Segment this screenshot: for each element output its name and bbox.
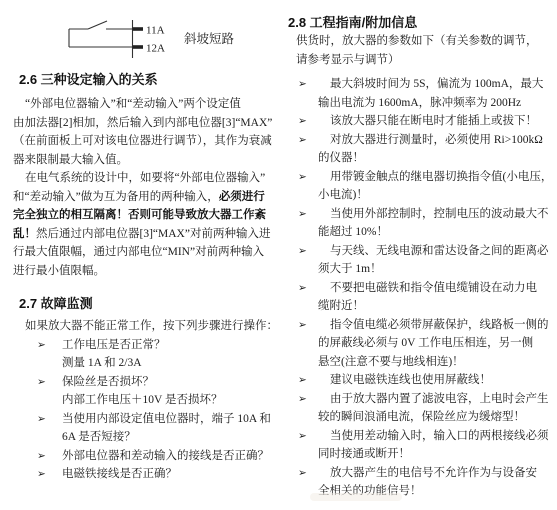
body-line: 同时接通或断开！ (318, 445, 554, 464)
body-line: 供货时，放大器的参数如下（有关参数的调节， (296, 32, 554, 51)
arrow-bullet-icon: ➢ (298, 112, 307, 131)
body-line: 指令值电缆必须带屏蔽保护，线路板一侧的 (318, 316, 554, 335)
list-item: ➢ 对放大器进行测量时，必须使用 Ri>100kΩ 的仪器！ (288, 131, 554, 168)
body-line: 须大于 1m！ (318, 260, 554, 279)
section-2-6-paragraph-1: “外部电位器输入”和“差动输入”两个设定值 由加法器[2]相加，然后输入到内部电… (13, 95, 275, 169)
body-line: 进行最小值限幅。 (13, 262, 275, 281)
arrow-bullet-icon: ➢ (298, 371, 307, 390)
arrow-bullet-icon: ➢ (298, 390, 307, 409)
body-line: 的屏蔽线必须与 0V 工作电压相连，另一侧 (318, 334, 554, 353)
list-item: ➢ 保险丝是否损坏？ 内部工作电压＋10V 是否损坏？ (13, 373, 275, 410)
engineering-notes-list: ➢ 最大斜坡时间为 5S，偏流为 100mA，最大 输出电流为 1600mA，脉… (288, 75, 554, 501)
arrow-bullet-icon: ➢ (298, 279, 307, 298)
list-item: ➢ 当使用差动输入时，输入口的两根接线必须 同时接通或断开！ (288, 427, 554, 464)
body-line: 和“差动输入”做为互为备用的两种输入，必须进行 (13, 188, 275, 207)
list-item: ➢ 工作电压是否正常？ 测量 1A 和 2/3A (13, 336, 275, 373)
body-line: 请参考显示与调节） (296, 51, 554, 70)
list-item: ➢ 用带镀金触点的继电器切换指令值(小电压， 小电流)！ (288, 168, 554, 205)
list-item: ➢ 指令值电缆必须带屏蔽保护，线路板一侧的 的屏蔽线必须与 0V 工作电压相连，… (288, 316, 554, 372)
body-line: 在电气系统的设计中，如要将“外部电位器输入” (13, 169, 275, 188)
body-line: 内部工作电压＋10V 是否损坏？ (62, 391, 275, 410)
body-line: 的仪器！ (318, 149, 554, 168)
body-line: 最大斜坡时间为 5S，偏流为 100mA，最大 (318, 75, 554, 94)
body-line: 较的瞬间浪涌电流，保险丝应为缓熔型！ (318, 408, 554, 427)
emphasis-text: 必须进行 (219, 191, 265, 203)
body-line: 对放大器进行测量时，必须使用 Ri>100kΩ (318, 131, 554, 150)
body-line: 建议电磁铁连线也使用屏蔽线！ (318, 371, 554, 390)
list-item: ➢ 外部电位器和差动输入的接线是否正确？ (13, 447, 275, 466)
body-line: 缆附近！ (318, 297, 554, 316)
arrow-bullet-icon: ➢ (37, 447, 46, 466)
manual-page: 11A 12A 斜坡短路 2.6 三种设定输入的关系 “外部电位器输入”和“差动… (0, 0, 557, 510)
body-line: 当使用内部设定值电位器时，端子 10A 和 (62, 410, 275, 429)
list-item: ➢ 建议电磁铁连线也使用屏蔽线！ (288, 371, 554, 390)
body-line: 用带镀金触点的继电器切换指令值(小电压， (318, 168, 554, 187)
body-line: 当使用差动输入时，输入口的两根接线必须 (318, 427, 554, 446)
arrow-bullet-icon: ➢ (298, 464, 307, 483)
list-item: ➢ 当使用内部设定值电位器时，端子 10A 和 6A 是否短接？ (13, 410, 275, 447)
body-line: 由于放大器内置了滤波电容，上电时会产生 (318, 390, 554, 409)
section-2-7-heading: 2.7 故障监测 (19, 294, 275, 313)
section-2-7-intro: 如果放大器不能正常工作，按下列步骤进行操作： (13, 317, 275, 336)
list-item: ➢ 不要把电磁铁和指令值电缆铺设在动力电 缆附近！ (288, 279, 554, 316)
body-line: 工作电压是否正常？ (62, 336, 275, 355)
arrow-bullet-icon: ➢ (298, 168, 307, 187)
list-item: ➢ 由于放大器内置了滤波电容，上电时会产生 较的瞬间浪涌电流，保险丝应为缓熔型！ (288, 390, 554, 427)
arrow-bullet-icon: ➢ (298, 75, 307, 94)
right-column: 2.8 工程指南/附加信息 供货时，放大器的参数如下（有关参数的调节， 请参考显… (288, 0, 554, 501)
arrow-bullet-icon: ➢ (298, 205, 307, 224)
emphasis-text: 乱！ (13, 228, 36, 240)
arrow-bullet-icon: ➢ (37, 465, 46, 484)
body-line: 能超过 10%！ (318, 223, 554, 242)
arrow-bullet-icon: ➢ (298, 427, 307, 446)
body-line: 器来限制最大输入值。 (13, 151, 275, 170)
arrow-bullet-icon: ➢ (298, 316, 307, 335)
list-item: ➢ 与天线、无线电源和雷达设备之间的距离必 须大于 1m！ (288, 242, 554, 279)
body-line: 由加法器[2]相加，然后输入到内部电位器[3]“MAX” (13, 114, 275, 133)
body-line: 不要把电磁铁和指令值电缆铺设在动力电 (318, 279, 554, 298)
body-line: 悬空(注意不要与地线相连)！ (318, 353, 554, 372)
body-line: 乱！然后通过内部电位器[3]“MAX”对前两种输入进 (13, 225, 275, 244)
list-item: ➢ 当使用外部控制时，控制电压的波动最大不 能超过 10%！ (288, 205, 554, 242)
body-text: 然后通过内部电位器[3]“MAX”对前两种输入进 (36, 228, 270, 240)
list-item: ➢ 电磁铁接线是否正确？ (13, 465, 275, 484)
body-line: “外部电位器输入”和“差动输入”两个设定值 (13, 95, 275, 114)
list-item: ➢ 最大斜坡时间为 5S，偏流为 100mA，最大 输出电流为 1600mA，脉… (288, 75, 554, 112)
section-2-8-intro: 供货时，放大器的参数如下（有关参数的调节， 请参考显示与调节） (288, 32, 554, 69)
arrow-bullet-icon: ➢ (37, 410, 46, 429)
body-line: 行最大值限幅，通过内部电位“MIN”对前两种输入 (13, 243, 275, 262)
section-2-6-heading: 2.6 三种设定输入的关系 (19, 70, 275, 89)
left-column: 2.6 三种设定输入的关系 “外部电位器输入”和“差动输入”两个设定值 由加法器… (13, 0, 275, 484)
body-line: 保险丝是否损坏？ (62, 373, 275, 392)
scan-artifact (310, 493, 402, 501)
body-line: 6A 是否短接？ (62, 428, 275, 447)
body-line: 当使用外部控制时，控制电压的波动最大不 (318, 205, 554, 224)
body-line: （在前面板上可对该电位器进行调节），其作为衰减 (13, 132, 275, 151)
body-line: 测量 1A 和 2/3A (62, 354, 275, 373)
arrow-bullet-icon: ➢ (298, 131, 307, 150)
arrow-bullet-icon: ➢ (37, 373, 46, 392)
body-line: 外部电位器和差动输入的接线是否正确？ (62, 447, 275, 466)
section-2-8-heading: 2.8 工程指南/附加信息 (288, 13, 554, 32)
arrow-bullet-icon: ➢ (298, 242, 307, 261)
body-line: 小电流)！ (318, 186, 554, 205)
section-2-6-paragraph-2: 在电气系统的设计中，如要将“外部电位器输入” 和“差动输入”做为互为备用的两种输… (13, 169, 275, 280)
body-line: 输出电流为 1600mA，脉冲频率为 200Hz (318, 94, 554, 113)
body-line: 该放大器只能在断电时才能插上或拔下！ (318, 112, 554, 131)
body-line: 放大器产生的电信号不允许作为与设备安 (318, 464, 554, 483)
list-item: ➢ 该放大器只能在断电时才能插上或拔下！ (288, 112, 554, 131)
emphasis-line: 完全独立的相互隔离！否则可能导致放大器工作紊 (13, 206, 275, 225)
body-text: 和“差动输入”做为互为备用的两种输入， (13, 191, 219, 203)
body-line: 与天线、无线电源和雷达设备之间的距离必 (318, 242, 554, 261)
fault-check-list: ➢ 工作电压是否正常？ 测量 1A 和 2/3A ➢ 保险丝是否损坏？ 内部工作… (13, 336, 275, 484)
arrow-bullet-icon: ➢ (37, 336, 46, 355)
body-line: 电磁铁接线是否正确？ (62, 465, 275, 484)
